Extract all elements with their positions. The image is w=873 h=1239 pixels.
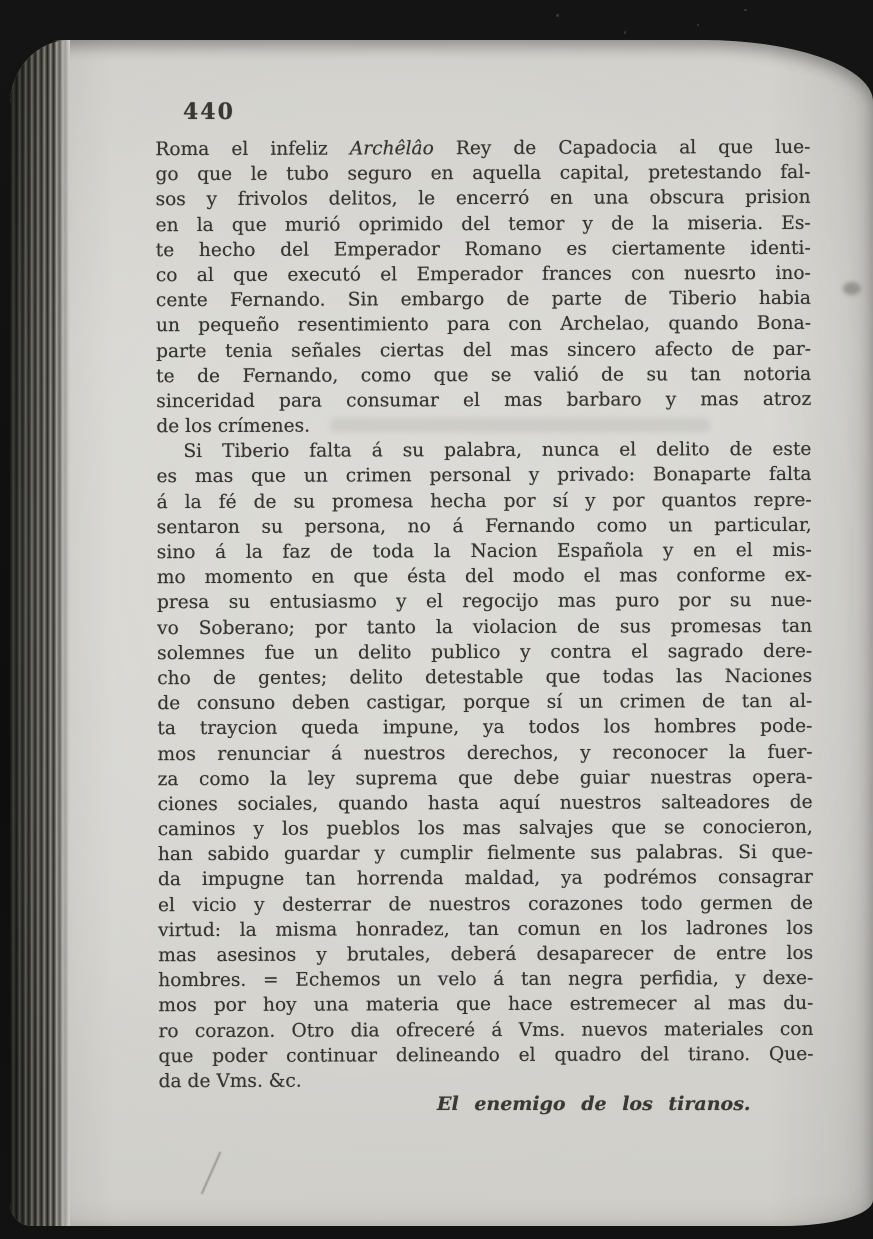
dust-speck	[556, 14, 559, 17]
text-line: vo Soberano; por tanto la violacion de s…	[157, 613, 812, 640]
text-line: mo momento en que ésta del modo el mas c…	[157, 563, 812, 590]
text-line: sino á la faz de toda la Nacion Española…	[157, 538, 812, 565]
text-line: presa su entusiasmo y el regocijo mas pu…	[157, 588, 812, 615]
text-line: cente Fernando. Sin embargo de parte de …	[156, 286, 811, 313]
text-line: hombres. = Echemos un velo á tan negra p…	[158, 966, 813, 993]
dust-speck	[624, 31, 626, 34]
paragraph-lines: go que le tubo seguro en aquella capital…	[155, 160, 811, 439]
text-line: parte tenia señales ciertas del mas sinc…	[156, 336, 811, 363]
paragraph: Roma el infeliz Archêlâo Rey de Capadoci…	[155, 135, 811, 440]
text-line: mos por hoy una materia que hace estreme…	[158, 991, 813, 1018]
text-block: Roma el infeliz Archêlâo Rey de Capadoci…	[155, 135, 813, 1094]
text-line: un pequeño resentimiento para con Archel…	[156, 311, 811, 338]
text-line: virtud: la misma honradez, tan comun en …	[158, 916, 813, 943]
page-number: 440	[183, 99, 235, 125]
text-line: go que le tubo seguro en aquella capital…	[155, 160, 810, 187]
dust-speck	[697, 24, 699, 26]
text-line: caminos y los pueblos los mas salvajes q…	[158, 815, 813, 842]
text-line: solemnes fue un delito publico y contra …	[157, 639, 812, 666]
text-line: es mas que un crimen personal y privado:…	[156, 462, 811, 489]
book-scan: 440 Roma el infeliz Archêlâo Rey de Capa…	[0, 0, 873, 1239]
text-line: Roma el infeliz Archêlâo Rey de Capadoci…	[155, 135, 810, 162]
text-line: que poder continuar delineando el quadro…	[158, 1042, 813, 1069]
text-line: za como la ley suprema que debe guiar nu…	[158, 765, 813, 792]
smudge	[843, 282, 861, 295]
text-line: mas asesinos y brutales, deberá desapare…	[158, 941, 813, 968]
text-line: mos renunciar á nuestros derechos, y rec…	[157, 739, 812, 766]
text-line: sos y frivolos delitos, le encerró en un…	[156, 185, 811, 212]
text-line: han sabido guardar y cumplir fielmente s…	[158, 840, 813, 867]
paragraph-lines: Si Tiberio falta á su palabra, nunca el …	[156, 437, 813, 1094]
text-line: sinceridad para consumar el mas barbaro …	[156, 387, 811, 414]
text-line: en la que murió oprimido del temor y de …	[156, 210, 811, 237]
text-segment: Roma el infeliz	[155, 138, 350, 160]
text-line: da de Vms. &c.	[159, 1067, 814, 1094]
text-segment: Rey de Capadocia al que lue-	[434, 137, 811, 159]
text-line: de consuno deben castigar, porque sí un …	[157, 689, 812, 716]
text-line: ta traycion queda impune, ya todos los h…	[157, 714, 812, 741]
text-line: te de Fernando, como que se valió de su …	[156, 362, 811, 389]
text-line: sentaron su persona, no á Fernando como …	[157, 513, 812, 540]
text-line: cho de gentes; delito detestable que tod…	[157, 664, 812, 691]
fore-edge-blend	[54, 40, 70, 1226]
page-fore-edge	[10, 40, 70, 1226]
text-line: co al que executó el Emperador frances c…	[156, 261, 811, 288]
ink-bleed-ghost	[330, 418, 710, 432]
dust-speck	[744, 9, 747, 11]
text-line: ciones sociales, quando hasta aquí nuest…	[158, 790, 813, 817]
text-line: ro corazon. Otro dia ofreceré á Vms. nue…	[158, 1016, 813, 1043]
text-line: Si Tiberio falta á su palabra, nunca el …	[156, 437, 811, 464]
text-line: el vicio y desterrar de nuestros corazon…	[158, 890, 813, 917]
paragraph: Si Tiberio falta á su palabra, nunca el …	[156, 437, 813, 1094]
text-line: te hecho del Emperador Romano es ciertam…	[156, 236, 811, 263]
signature-line: El enemigo de los tiranos.	[437, 1093, 751, 1115]
italic-name: Archêlâo	[350, 138, 434, 159]
text-line: á la fé de su promesa hecha por sí y por…	[157, 487, 812, 514]
text-line: da impugne tan horrenda maldad, ya podré…	[158, 865, 813, 892]
